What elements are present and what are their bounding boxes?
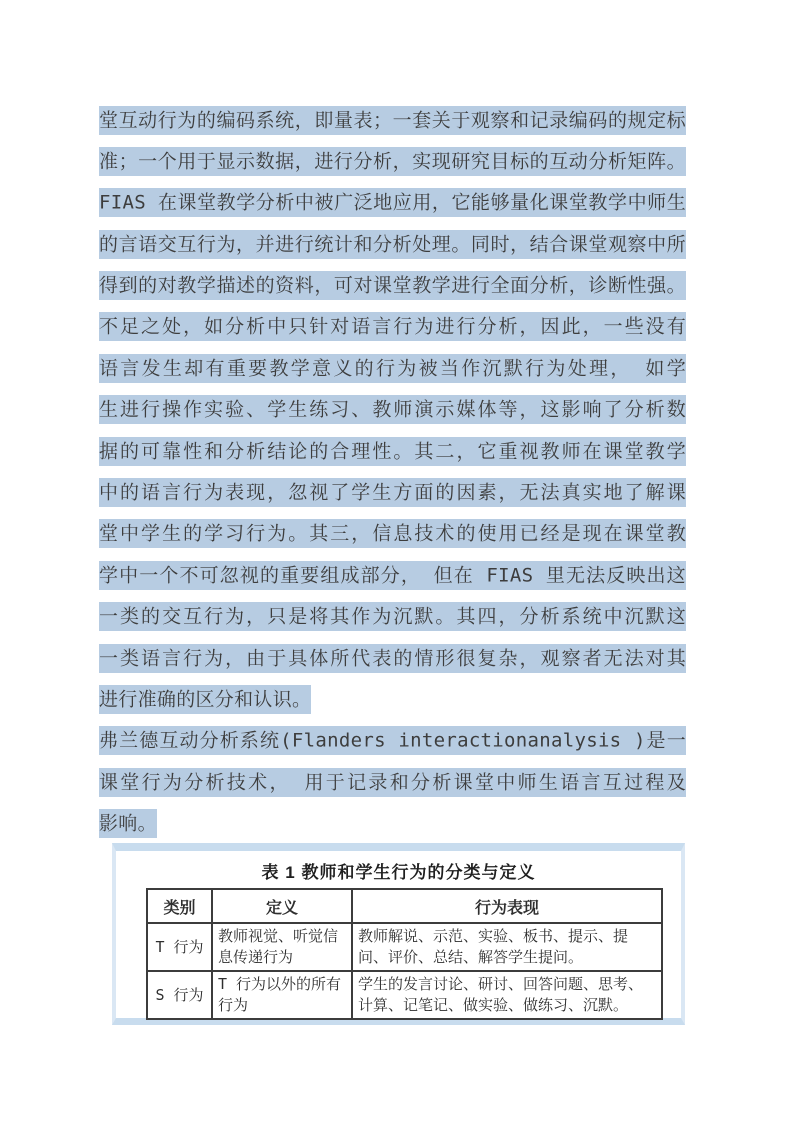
text-line: 进行准确的区分和认识。 xyxy=(99,679,686,720)
cell-behavior: 教师解说、示范、实验、板书、提示、提问、评价、总结、解答学生提问。 xyxy=(352,923,662,971)
text-line: 堂互动行为的编码系统，即量表；一套关于观察和记录编码的规定标 xyxy=(99,100,686,141)
highlighted-text: 据的可靠性和分析结论的合理性。其二，它重视教师在课堂教学 xyxy=(99,437,686,466)
text-line: 堂中学生的学习行为。其三，信息技术的使用已经是现在课堂教 xyxy=(99,514,686,555)
table-header-row: 类别 定义 行为表现 xyxy=(147,889,662,923)
highlighted-text: 一类的交互行为，只是将其作为沉默。其四，分析系统中沉默这 xyxy=(99,602,686,631)
text-line: 生进行操作实验、学生练习、教师演示媒体等，这影响了分析数 xyxy=(99,390,686,431)
cell-definition: T 行为以外的所有行为 xyxy=(212,971,352,1019)
highlighted-text: 进行准确的区分和认识。 xyxy=(99,685,311,714)
text-line: 学中一个不可忽视的重要组成部分， 但在 FIAS 里无法反映出这 xyxy=(99,555,686,596)
table-title: 表 1 教师和学生行为的分类与定义 xyxy=(116,858,681,883)
text-line: 的言语交互行为，并进行统计和分析处理。同时，结合课堂观察中所 xyxy=(99,224,686,265)
highlighted-text: 堂中学生的学习行为。其三，信息技术的使用已经是现在课堂教 xyxy=(99,519,686,548)
highlighted-text: 影响。 xyxy=(99,809,157,838)
text-line: FIAS 在课堂教学分析中被广泛地应用，它能够量化课堂教学中师生 xyxy=(99,183,686,224)
text-line: 不足之处，如分析中只针对语言行为进行分析，因此，一些没有 xyxy=(99,307,686,348)
highlighted-text: 学中一个不可忽视的重要组成部分， 但在 FIAS 里无法反映出这 xyxy=(99,561,686,590)
text-line: 一类的交互行为，只是将其作为沉默。其四，分析系统中沉默这 xyxy=(99,597,686,638)
cell-definition: 教师视觉、听觉信息传递行为 xyxy=(212,923,352,971)
text-line: 影响。 xyxy=(99,804,686,845)
text-line: 弗兰德互动分析系统(Flanders interactionanalysis )… xyxy=(99,721,686,762)
highlighted-text: 一类语言行为，由于具体所代表的情形很复杂，观察者无法对其 xyxy=(99,644,686,673)
body-text-block: 堂互动行为的编码系统，即量表；一套关于观察和记录编码的规定标 准；一个用于显示数… xyxy=(99,100,686,845)
highlighted-text: 不足之处，如分析中只针对语言行为进行分析，因此，一些没有 xyxy=(99,312,686,341)
cell-category: T 行为 xyxy=(147,923,212,971)
highlighted-text: 准；一个用于显示数据，进行分析，实现研究目标的互动分析矩阵。 xyxy=(99,147,686,176)
header-definition: 定义 xyxy=(212,889,352,923)
highlighted-text: 的言语交互行为，并进行统计和分析处理。同时，结合课堂观察中所 xyxy=(99,230,686,259)
highlighted-text: 课堂行为分析技术， 用于记录和分析课堂中师生语言互过程及 xyxy=(99,768,686,797)
table-row: S 行为 T 行为以外的所有行为 学生的发言讨论、研讨、回答问题、思考、计算、记… xyxy=(147,971,662,1019)
behavior-classification-table: 类别 定义 行为表现 T 行为 教师视觉、听觉信息传递行为 教师解说、示范、实验… xyxy=(146,888,663,1020)
text-line: 一类语言行为，由于具体所代表的情形很复杂，观察者无法对其 xyxy=(99,638,686,679)
cell-behavior: 学生的发言讨论、研讨、回答问题、思考、计算、记笔记、做实验、做练习、沉默。 xyxy=(352,971,662,1019)
text-line: 得到的对教学描述的资料，可对课堂教学进行全面分析，诊断性强。 xyxy=(99,266,686,307)
document-page: 堂互动行为的编码系统，即量表；一套关于观察和记录编码的规定标 准；一个用于显示数… xyxy=(0,0,793,1122)
table-figure-image: 表 1 教师和学生行为的分类与定义 类别 定义 行为表现 T 行为 教师视觉、听… xyxy=(112,843,685,1025)
highlighted-text: 堂互动行为的编码系统，即量表；一套关于观察和记录编码的规定标 xyxy=(99,106,686,135)
cell-category: S 行为 xyxy=(147,971,212,1019)
text-line: 语言发生却有重要教学意义的行为被当作沉默行为处理， 如学 xyxy=(99,348,686,389)
header-behavior: 行为表现 xyxy=(352,889,662,923)
text-line: 据的可靠性和分析结论的合理性。其二，它重视教师在课堂教学 xyxy=(99,431,686,472)
highlighted-text: 生进行操作实验、学生练习、教师演示媒体等，这影响了分析数 xyxy=(99,395,686,424)
highlighted-text: 中的语言行为表现，忽视了学生方面的因素，无法真实地了解课 xyxy=(99,478,686,507)
text-line: 准；一个用于显示数据，进行分析，实现研究目标的互动分析矩阵。 xyxy=(99,141,686,182)
table-row: T 行为 教师视觉、听觉信息传递行为 教师解说、示范、实验、板书、提示、提问、评… xyxy=(147,923,662,971)
highlighted-text: FIAS 在课堂教学分析中被广泛地应用，它能够量化课堂教学中师生 xyxy=(99,188,686,217)
text-line: 中的语言行为表现，忽视了学生方面的因素，无法真实地了解课 xyxy=(99,473,686,514)
highlighted-text: 语言发生却有重要教学意义的行为被当作沉默行为处理， 如学 xyxy=(99,354,686,383)
highlighted-text: 得到的对教学描述的资料，可对课堂教学进行全面分析，诊断性强。 xyxy=(99,271,686,300)
header-category: 类别 xyxy=(147,889,212,923)
text-line: 课堂行为分析技术， 用于记录和分析课堂中师生语言互过程及 xyxy=(99,762,686,803)
